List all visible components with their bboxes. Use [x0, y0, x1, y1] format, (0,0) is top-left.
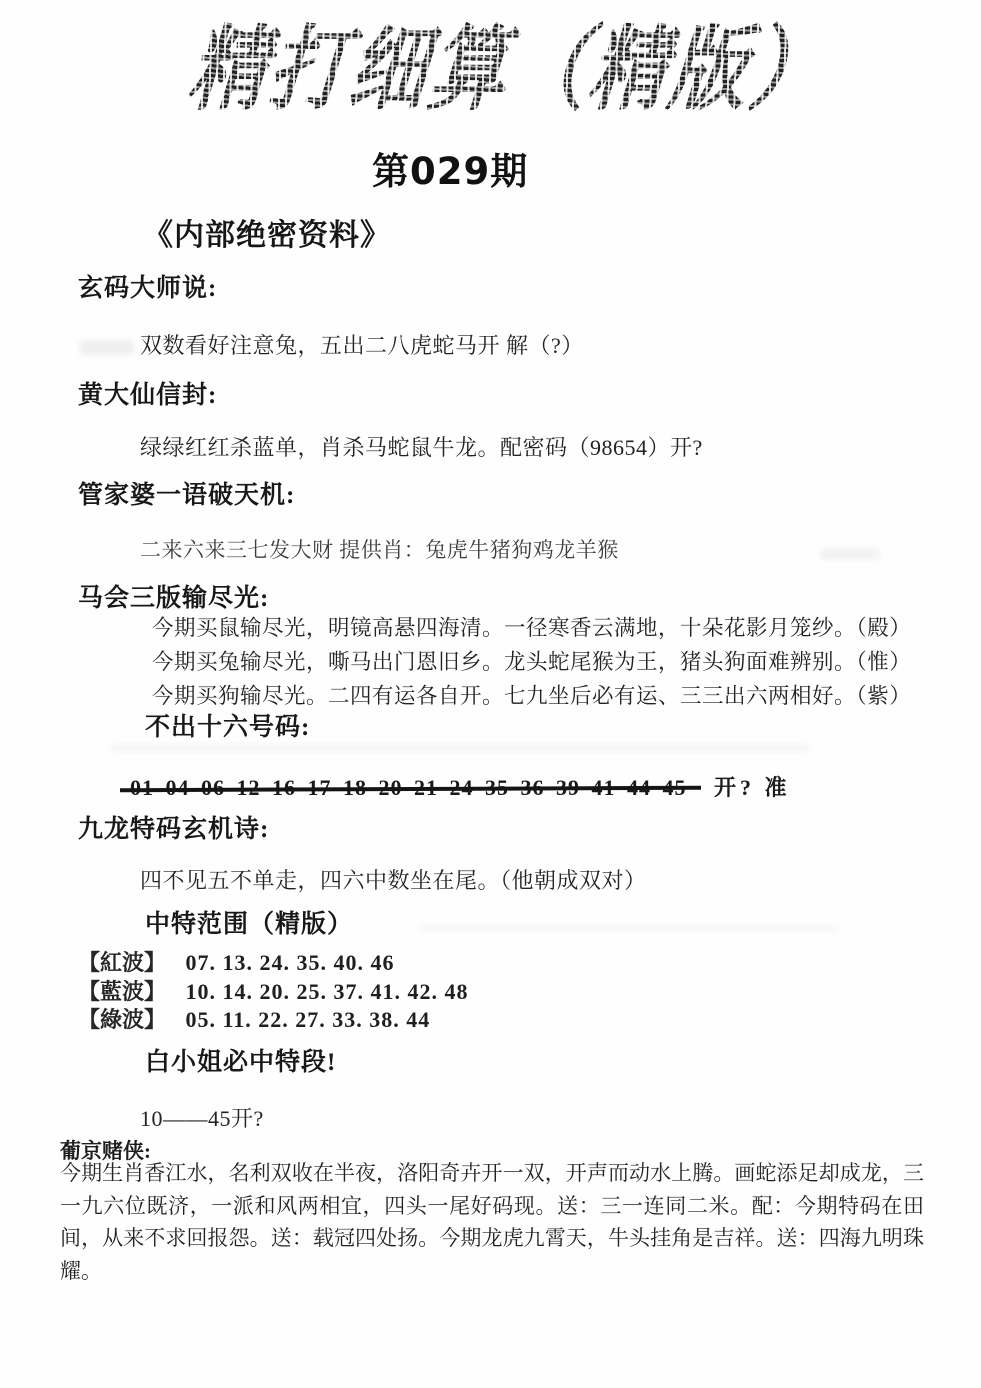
heading-mahui-three-editions: 马会三版输尽光:: [78, 578, 269, 614]
mahui-verse-line: 今期买兔输尽光，嘶马出门恩旧乡。龙头蛇尾猴为王，猪头狗面难辨别。（惟）: [152, 645, 911, 679]
masthead-title: 精打细算（精版）: [178, 16, 840, 128]
baixiaojie-range-line: 10——45开?: [140, 1102, 264, 1133]
mahui-verse-block: 今期买鼠输尽光，明镜高悬四海清。一径寒香云满地，十朵花影月笼纱。（殿） 今期买兔…: [152, 611, 911, 713]
heading-xuanma-master: 玄码大师说:: [78, 268, 217, 304]
mahui-verse-line: 今期买鼠输尽光，明镜高悬四海清。一径寒香云满地，十朵花影月笼纱。（殿）: [152, 611, 911, 645]
struck-out-numbers: 01 04 06 12 16 17 18 20 21 24 35 36 39 4…: [130, 775, 687, 801]
heading-baixiaojie-segment: 白小姐必中特段!: [145, 1042, 336, 1078]
heading-jiulong-poem: 九龙特码玄机诗:: [78, 809, 269, 845]
heading-huangdaxian-envelope: 黄大仙信封:: [78, 375, 217, 411]
blue-wave-label: 【藍波】: [78, 979, 166, 1004]
jiulong-poem-line: 四不见五不单走，四六中数坐在尾。（他朝成双对）: [140, 864, 647, 895]
heading-guanjiapo: 管家婆一语破天机:: [78, 475, 295, 511]
blue-wave-row: 【藍波】 10. 14. 20. 25. 37. 41. 42. 48: [78, 975, 469, 1006]
xuanma-tip-line: 双数看好注意兔，五出二八虎蛇马开 解（?）: [140, 329, 584, 360]
issue-number: 第029期: [372, 141, 528, 195]
blue-wave-numbers: 10. 14. 20. 25. 37. 41. 42. 48: [186, 979, 469, 1004]
print-smudge: [420, 925, 840, 932]
lottery-tip-sheet-page: 精打细算（精版） 第029期 《内部绝密资料》 玄码大师说: 双数看好注意兔，五…: [0, 0, 981, 1388]
sixteen-verdict: 开? 准: [714, 771, 791, 802]
sixteen-numbers-row: 01 04 06 12 16 17 18 20 21 24 35 36 39 4…: [130, 771, 791, 802]
subtitle-secret-material: 《内部绝密资料》: [143, 210, 391, 254]
red-wave-numbers: 07. 13. 24. 35. 40. 46: [186, 950, 395, 975]
huangdaxian-tip-line: 绿绿红红杀蓝单，肖杀马蛇鼠牛龙。配密码（98654）开?: [140, 431, 703, 462]
heading-zhongte-range: 中特范围（精版）: [145, 904, 353, 940]
green-wave-numbers: 05. 11. 22. 27. 33. 38. 44: [186, 1007, 431, 1032]
masthead-calligraphy: 精打细算（精版）: [150, 16, 840, 138]
green-wave-label: 【綠波】: [78, 1007, 166, 1032]
print-smudge: [820, 548, 880, 560]
guanjiapo-tip-line: 二来六来三七发大财 提供肖：兔虎牛猪狗鸡龙羊猴: [140, 534, 619, 564]
red-wave-label: 【紅波】: [78, 950, 166, 975]
red-wave-row: 【紅波】 07. 13. 24. 35. 40. 46: [78, 946, 395, 977]
print-smudge: [80, 340, 134, 355]
heading-sixteen-excluded-numbers: 不出十六号码:: [145, 707, 310, 743]
pujing-verse-paragraph: 今期生肖香江水，名利双收在半夜，洛阳奇卉开一双，开声而动水上腾。画蛇添足却成龙，…: [60, 1157, 924, 1287]
green-wave-row: 【綠波】 05. 11. 22. 27. 33. 38. 44: [78, 1003, 430, 1034]
print-smudge: [110, 744, 810, 752]
